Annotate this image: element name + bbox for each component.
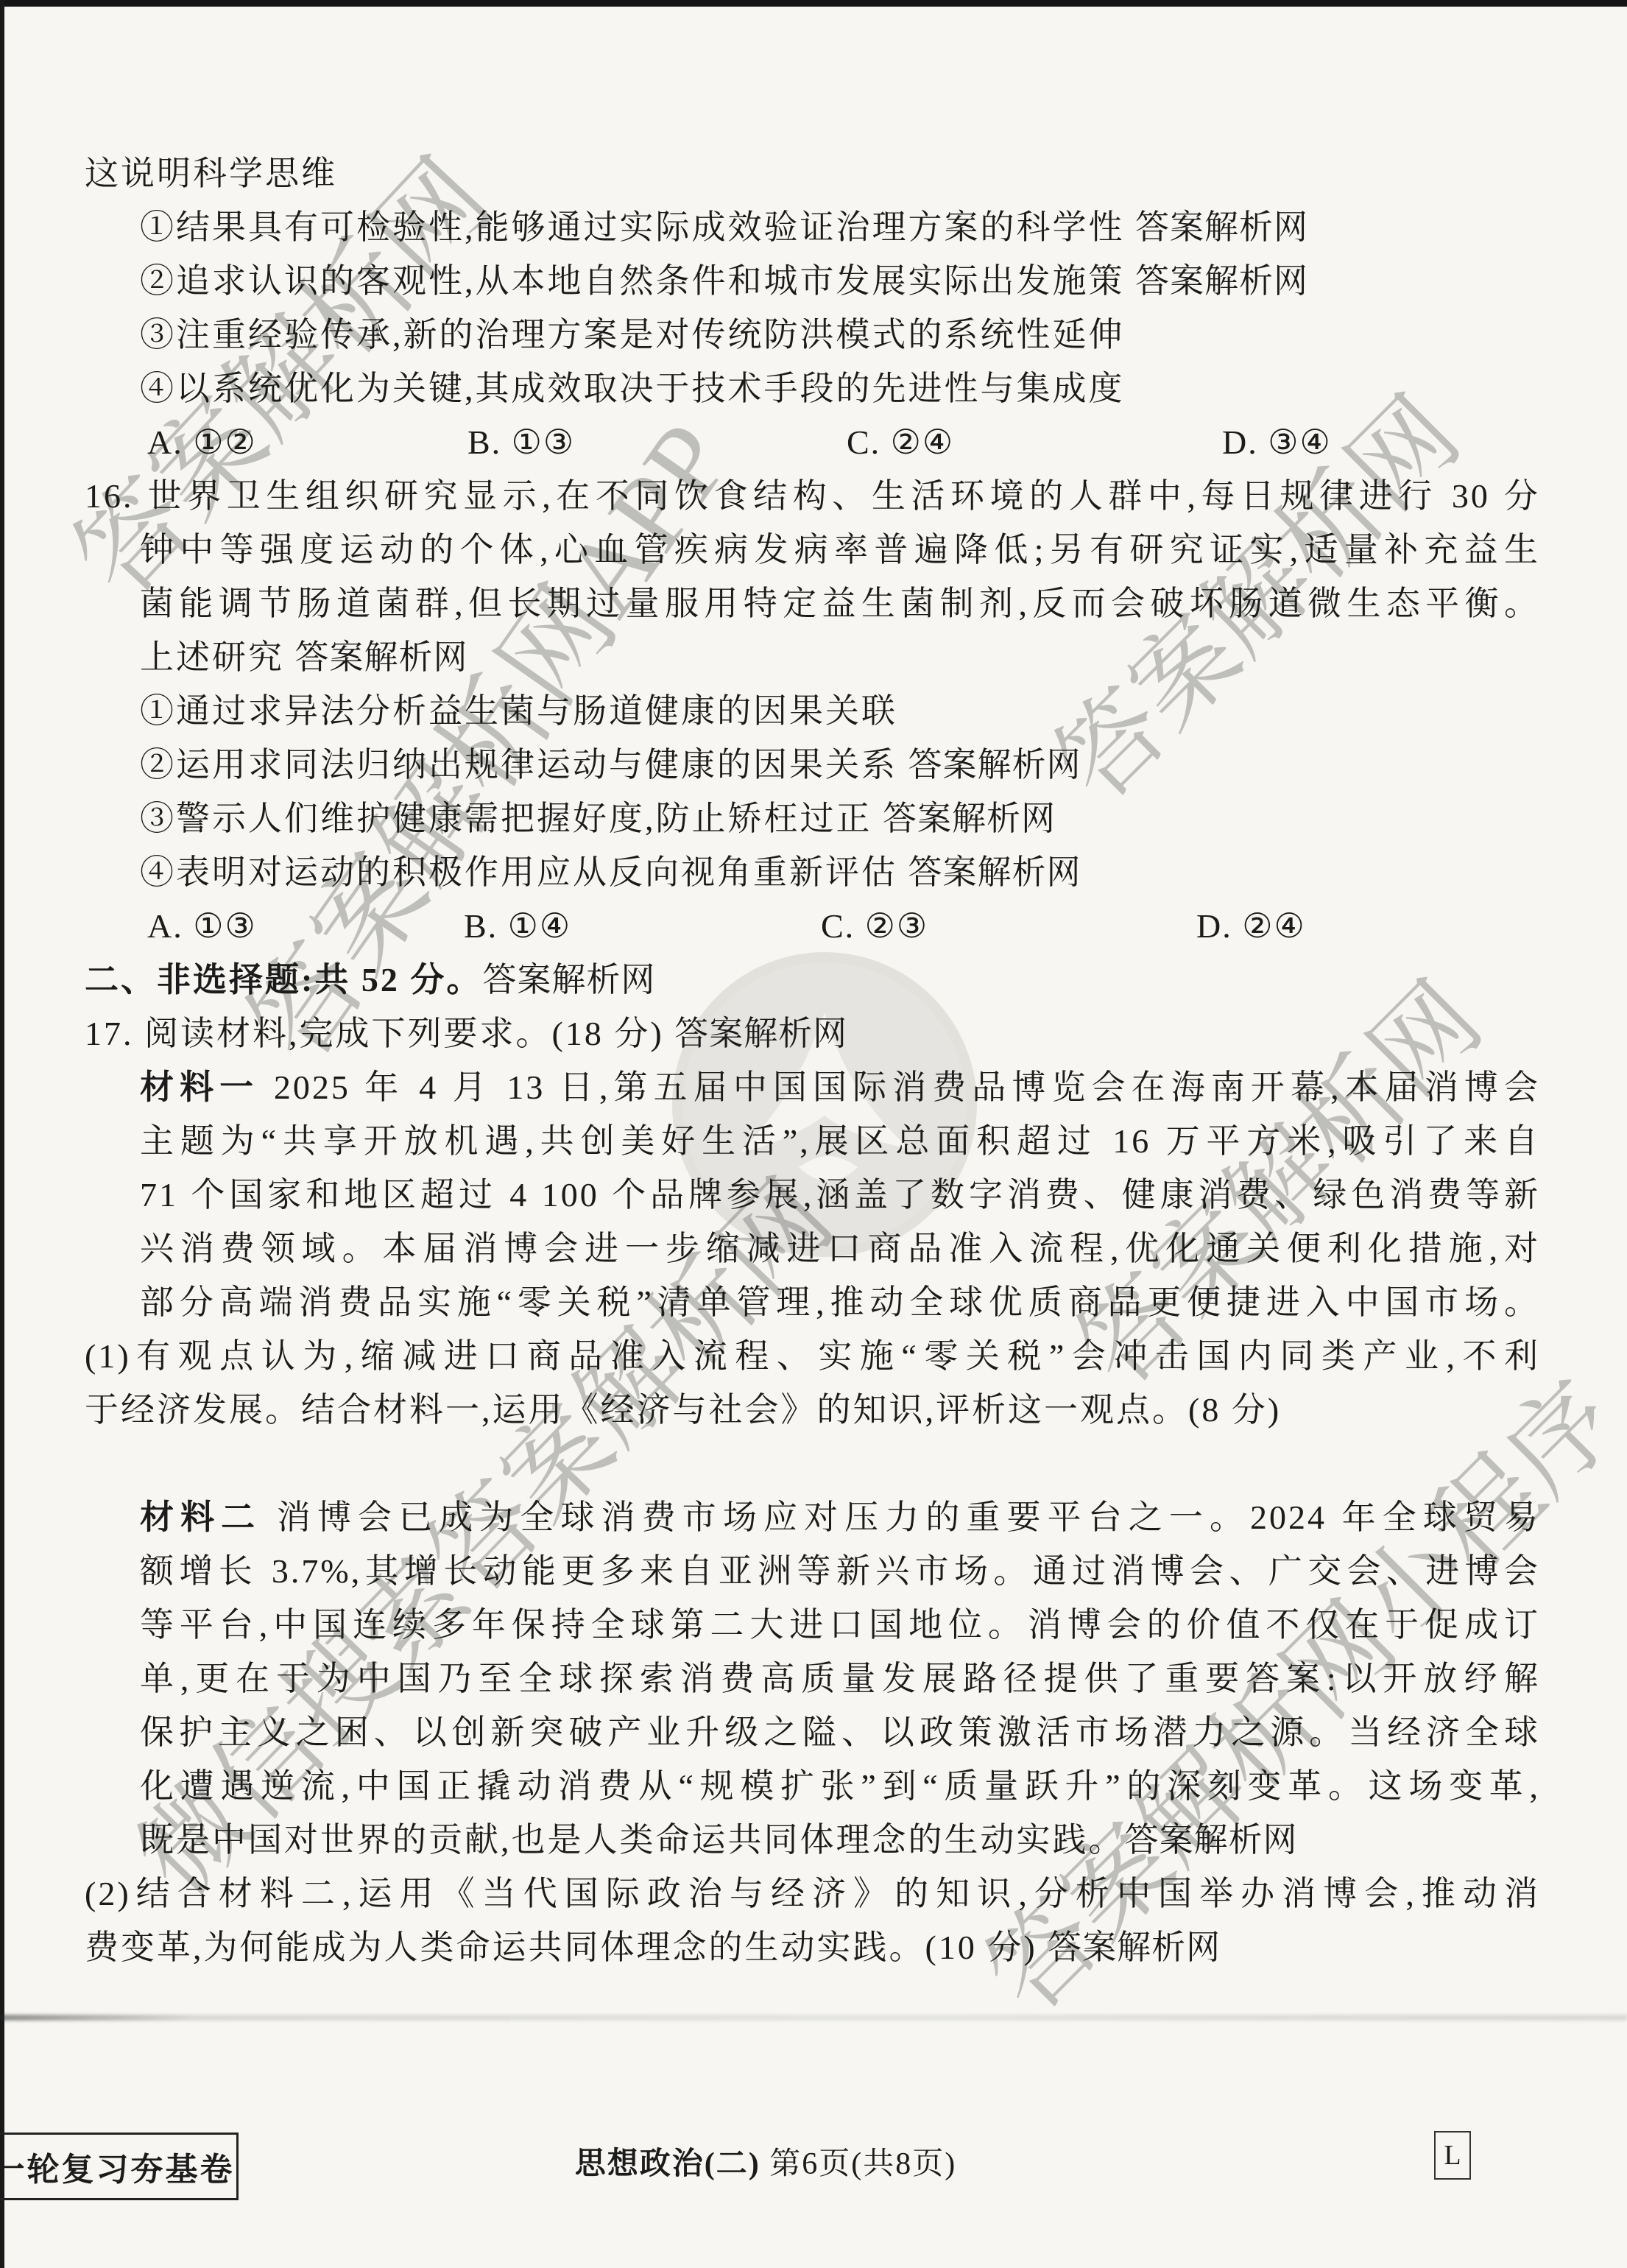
q15-choices-d: D. ③④ — [1222, 415, 1332, 469]
q16-item-3: ③警示人们维护健康需把握好度,防止矫枉过正 答案解析网 — [140, 792, 1540, 845]
q16-item-4: ④表明对运动的积极作用应从反向视角重新评估 答案解析网 — [140, 845, 1540, 899]
site-tag-inline: 答案解析网 — [1135, 208, 1308, 246]
text-segment: ④表明对运动的积极作用应从反向视角重新评估 — [140, 853, 908, 891]
footer-subject: 思想政治(二) — [575, 2147, 760, 2181]
text-segment: 2025 年 4 月 13 日,第五届中国国际消费品博览会在海南开幕,本届消博会 — [259, 1068, 1540, 1106]
q15-item-3: ③注重经验传承,新的治理方案是对传统防洪模式的系统性延伸 — [140, 308, 1540, 362]
q15-stem-tail: 这说明科学思维 — [85, 147, 1540, 200]
q15-choices: A. ①②B. ①③C. ②④D. ③④ — [85, 415, 1540, 469]
text-segment: 消博会已成为全球消费市场应对压力的重要平台之一。2024 年全球贸易 — [261, 1498, 1540, 1536]
footer-series-box: 一轮复习夯基卷 — [0, 2133, 239, 2200]
q16-choices: A. ①③B. ①④C. ②③D. ②④ — [85, 899, 1540, 953]
text-segment: 部分高端消费品实施“零关税”清单管理,推动全球优质商品更便捷进入中国市场。 — [140, 1283, 1540, 1321]
text-segment: ①通过求异法分析益生菌与肠道健康的因果关联 — [140, 692, 897, 730]
q17-part2-line-1: (2)结合材料二,运用《当代国际政治与经济》的知识,分析中国举办消博会,推动消 — [85, 1867, 1540, 1920]
material2-line-7: 既是中国对世界的贡献,也是人类命运共同体理念的生动实践。答案解析网 — [140, 1813, 1540, 1867]
q16-item-1: ①通过求异法分析益生菌与肠道健康的因果关联 — [140, 684, 1540, 738]
q17-part1-line-1: (1)有观点认为,缩减进口商品准入流程、实施“零关税”会冲击国内同类产业,不利 — [85, 1329, 1540, 1383]
text-segment: 单,更在于为中国乃至全球探索消费高质量发展路径提供了重要答案:以开放纾解 — [140, 1660, 1540, 1697]
q16-choices-a: A. ①③ — [147, 899, 257, 953]
site-tag-inline: 答案解析网 — [674, 1014, 847, 1052]
text-segment: 化遭遇逆流,中国正撬动消费从“规模扩张”到“质量跃升”的深刻变革。这场变革, — [140, 1767, 1540, 1805]
q17-part2-line-2: 费变革,为何能成为人类命运共同体理念的生动实践。(10 分) 答案解析网 — [85, 1920, 1540, 1974]
text-segment: 材料二 — [140, 1498, 261, 1536]
text-segment: 额增长 3.7%,其增长动能更多来自亚洲等新兴市场。通过消博会、广交会、进博会 — [140, 1552, 1540, 1590]
site-tag-inline: 答案解析网 — [1135, 261, 1308, 300]
q17-part1-line-2: 于经济发展。结合材料一,运用《经济与社会》的知识,评析这一观点。(8 分) — [85, 1383, 1540, 1437]
q16-item-2: ②运用求同法归纳出规律运动与健康的因果关系 答案解析网 — [140, 738, 1540, 792]
q16-line-4: 上述研究 答案解析网 — [140, 630, 1540, 684]
text-segment: 菌能调节肠道菌群,但长期过量服用特定益生菌制剂,反而会破坏肠道微生态平衡。 — [140, 585, 1540, 622]
exam-page-scan: 答案解析网答案解析网APP答案解析网答案解析网微信搜索答案解析网答案解析网小程序… — [0, 0, 1627, 2268]
material2-line-3: 等平台,中国连续多年保持全球第二大进口国地位。消博会的价值不仅在于促成订 — [140, 1598, 1540, 1652]
material1-line-5: 部分高端消费品实施“零关税”清单管理,推动全球优质商品更便捷进入中国市场。 — [140, 1275, 1540, 1329]
question-text-layer: 这说明科学思维①结果具有可检验性,能够通过实际成效验证治理方案的科学性 答案解析… — [0, 0, 1627, 1974]
text-segment: 保护主义之困、以创新突破产业升级之隘、以政策激活市场潜力之源。当经济全球 — [140, 1714, 1540, 1751]
text-segment: 钟中等强度运动的个体,心血管疾病发病率普遍降低;另有研究证实,适量补充益生 — [140, 531, 1540, 568]
q16-choices-b: B. ①④ — [464, 899, 571, 953]
footer-series-label: 一轮复习夯基卷 — [0, 2143, 235, 2190]
text-segment: 17. 阅读材料,完成下列要求。(18 分) — [85, 1015, 674, 1052]
material1-line-4: 兴消费领域。本届消博会进一步缩减进口商品准入流程,优化通关便利化措施,对 — [140, 1222, 1540, 1275]
text-segment: 既是中国对世界的贡献,也是人类命运共同体理念的生动实践。 — [140, 1821, 1125, 1859]
text-segment: ①结果具有可检验性,能够通过实际成效验证治理方案的科学性 — [140, 208, 1135, 246]
site-tag-inline: 答案解析网 — [295, 638, 468, 676]
section2-header: 二、非选择题:共 52 分。答案解析网 — [85, 953, 1540, 1007]
material1-line-1: 材料一 2025 年 4 月 13 日,第五届中国国际消费品博览会在海南开幕,本… — [140, 1060, 1540, 1114]
site-tag-inline: 答案解析网 — [482, 960, 655, 999]
text-segment: ②运用求同法归纳出规律运动与健康的因果关系 — [140, 746, 908, 783]
text-segment: 这说明科学思维 — [85, 155, 337, 192]
material2-line-5: 保护主义之困、以创新突破产业升级之隘、以政策激活市场潜力之源。当经济全球 — [140, 1705, 1540, 1759]
material1-line-3: 71 个国家和地区超过 4 100 个品牌参展,涵盖了数字消费、健康消费、绿色消… — [140, 1168, 1540, 1222]
site-tag-inline: 答案解析网 — [1125, 1820, 1298, 1859]
footer-page-info: 思想政治(二) 第6页(共8页) — [575, 2133, 956, 2196]
text-segment: 于经济发展。结合材料一,运用《经济与社会》的知识,评析这一观点。(8 分) — [85, 1391, 1281, 1429]
text-segment: 兴消费领域。本届消博会进一步缩减进口商品准入流程,优化通关便利化措施,对 — [140, 1230, 1540, 1267]
q16-choices-d: D. ②④ — [1196, 899, 1306, 953]
material2-line-2: 额增长 3.7%,其增长动能更多来自亚洲等新兴市场。通过消博会、广交会、进博会 — [140, 1544, 1540, 1598]
q15-item-4: ④以系统优化为关键,其成效取决于技术手段的先进性与集成度 — [140, 362, 1540, 415]
footer-page-number: 第6页(共8页) — [760, 2147, 956, 2181]
text-segment: 上述研究 — [140, 638, 295, 676]
q17-stem: 17. 阅读材料,完成下列要求。(18 分) 答案解析网 — [85, 1007, 1540, 1060]
text-segment: 费变革,为何能成为人类命运共同体理念的生动实践。(10 分) — [85, 1929, 1048, 1966]
text-segment: (2)结合材料二,运用《当代国际政治与经济》的知识,分析中国举办消博会,推动消 — [85, 1875, 1540, 1912]
q15-choices-c: C. ②④ — [847, 415, 954, 469]
footer-version-letter: L — [1444, 2139, 1461, 2172]
q16-line-3: 菌能调节肠道菌群,但长期过量服用特定益生菌制剂,反而会破坏肠道微生态平衡。 — [140, 577, 1540, 630]
text-segment: 等平台,中国连续多年保持全球第二大进口国地位。消博会的价值不仅在于促成订 — [140, 1606, 1540, 1644]
material2-line-6: 化遭遇逆流,中国正撬动消费从“规模扩张”到“质量跃升”的深刻变革。这场变革, — [140, 1759, 1540, 1813]
text-segment: (1)有观点认为,缩减进口商品准入流程、实施“零关税”会冲击国内同类产业,不利 — [85, 1337, 1540, 1375]
text-segment: ④以系统优化为关键,其成效取决于技术手段的先进性与集成度 — [140, 370, 1125, 407]
q15-item-2: ②追求认识的客观性,从本地自然条件和城市发展实际出发施策 答案解析网 — [140, 254, 1540, 308]
footer-version-mark: L — [1434, 2131, 1471, 2180]
scan-smudge-line — [0, 2015, 1627, 2021]
text-segment: 二、非选择题:共 52 分。 — [85, 961, 482, 999]
q16-line-1: 16. 世界卫生组织研究显示,在不同饮食结构、生活环境的人群中,每日规律进行 3… — [85, 469, 1540, 523]
q15-item-1: ①结果具有可检验性,能够通过实际成效验证治理方案的科学性 答案解析网 — [140, 200, 1540, 254]
spacer — [0, 1437, 1627, 1490]
site-tag-inline: 答案解析网 — [883, 799, 1056, 837]
material1-line-2: 主题为“共享开放机遇,共创美好生活”,展区总面积超过 16 万平方米,吸引了来自 — [140, 1114, 1540, 1168]
q16-line-2: 钟中等强度运动的个体,心血管疾病发病率普遍降低;另有研究证实,适量补充益生 — [140, 523, 1540, 577]
site-tag-inline: 答案解析网 — [1048, 1928, 1221, 1966]
text-segment: 71 个国家和地区超过 4 100 个品牌参展,涵盖了数字消费、健康消费、绿色消… — [140, 1176, 1540, 1214]
site-tag-inline: 答案解析网 — [908, 745, 1081, 783]
text-segment: 材料一 — [140, 1068, 259, 1106]
text-segment: 主题为“共享开放机遇,共创美好生活”,展区总面积超过 16 万平方米,吸引了来自 — [140, 1122, 1540, 1160]
text-segment: 16. 世界卫生组织研究显示,在不同饮食结构、生活环境的人群中,每日规律进行 3… — [85, 477, 1540, 515]
q15-choices-b: B. ①③ — [467, 415, 575, 469]
material2-line-1: 材料二 消博会已成为全球消费市场应对压力的重要平台之一。2024 年全球贸易 — [140, 1490, 1540, 1544]
text-segment: ③注重经验传承,新的治理方案是对传统防洪模式的系统性延伸 — [140, 316, 1125, 353]
q15-choices-a: A. ①② — [147, 415, 257, 469]
text-segment: ③警示人们维护健康需把握好度,防止矫枉过正 — [140, 800, 883, 837]
q16-choices-c: C. ②③ — [821, 899, 928, 953]
site-tag-inline: 答案解析网 — [908, 853, 1081, 891]
text-segment: ②追求认识的客观性,从本地自然条件和城市发展实际出发施策 — [140, 262, 1135, 300]
material2-line-4: 单,更在于为中国乃至全球探索消费高质量发展路径提供了重要答案:以开放纾解 — [140, 1652, 1540, 1705]
